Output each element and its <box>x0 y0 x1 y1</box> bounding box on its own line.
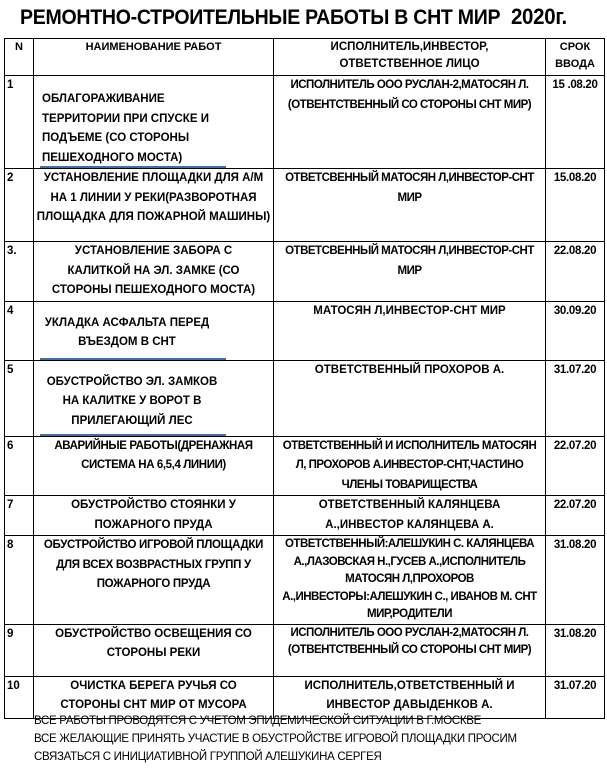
row-name-text: УКЛАДКА АСФАЛЬТА ПЕРЕД ВЪЕЗДОМ В СНТ <box>42 314 212 353</box>
title-year: 2020г. <box>511 4 567 29</box>
row-executor: ОТВЕТСВЕННЫЙ МАТОСЯН Л,ИНВЕСТОР-СНТ МИР <box>274 169 546 242</box>
row-number: 1 <box>5 76 34 169</box>
header-name: НАИМЕНОВАНИЕ РАБОТ <box>34 39 274 76</box>
table-row: 4 УКЛАДКА АСФАЛЬТА ПЕРЕД ВЪЕЗДОМ В СНТ М… <box>5 301 605 360</box>
row-number: 5 <box>5 360 34 436</box>
title-text: РЕМОНТНО-СТРОИТЕЛЬНЫЕ РАБОТЫ В СНТ МИР <box>20 6 500 29</box>
document-title: РЕМОНТНО-СТРОИТЕЛЬНЫЕ РАБОТЫ В СНТ МИР 2… <box>20 4 567 30</box>
row-number: 4 <box>5 301 34 360</box>
row-executor: ОТВЕТСТВЕННЫЙ ПРОХОРОВ А. <box>274 360 546 436</box>
footnote-contact: СВЯЗАТЬСЯ С ИНИЦИАТИВНОЙ ГРУППОЙ АЛЕШУКИ… <box>34 748 381 766</box>
row-executor: ОТВЕТСТВЕННЫЙ КАЛЯНЦЕВА А.,ИНВЕСТОР КАЛЯ… <box>274 496 546 536</box>
row-number: 9 <box>5 624 34 676</box>
row-deadline: 22.07.20 <box>546 496 605 536</box>
row-name: ОБУСТРОЙСТВО ЭЛ. ЗАМКОВ НА КАЛИТКЕ У ВОР… <box>34 360 274 436</box>
row-name-text: ОБУСТРОЙСТВО ЭЛ. ЗАМКОВ НА КАЛИТКЕ У ВОР… <box>42 373 222 432</box>
table-row: 5 ОБУСТРОЙСТВО ЭЛ. ЗАМКОВ НА КАЛИТКЕ У В… <box>5 360 605 436</box>
row-name: УСТАНОВЛЕНИЕ ПЛОЩАДКИ ДЛЯ А/М НА 1 ЛИНИИ… <box>34 169 274 242</box>
row-executor: ОТВЕТСТВЕННЫЙ И ИСПОЛНИТЕЛЬ МАТОСЯН Л, П… <box>274 436 546 496</box>
table-header-row: N НАИМЕНОВАНИЕ РАБОТ ИСПОЛНИТЕЛЬ,ИНВЕСТО… <box>5 39 605 76</box>
row-name: ОБУСТРОЙСТВО СТОЯНКИ У ПОЖАРНОГО ПРУДА <box>34 496 274 536</box>
row-deadline: 31.08.20 <box>546 536 605 625</box>
row-number: 7 <box>5 496 34 536</box>
row-number: 3. <box>5 242 34 302</box>
footnote-participation: ВСЕ ЖЕЛАЮЩИЕ ПРИНЯТЬ УЧАСТИЕ В ОБУСТРОЙС… <box>34 730 517 748</box>
row-number: 6 <box>5 436 34 496</box>
footnote-epidemic: ВСЕ РАБОТЫ ПРОВОДЯТСЯ С УЧЕТОМ ЭПИДЕМИЧЕ… <box>34 712 481 730</box>
header-deadline: СРОК ВВОДА <box>546 39 605 76</box>
row-deadline: 22.08.20 <box>546 242 605 302</box>
table-row: 9 ОБУСТРОЙСТВО ОСВЕЩЕНИЯ СО СТОРОНЫ РЕКИ… <box>5 624 605 676</box>
row-name: ОБЛАГОРАЖИВАНИЕ ТЕРРИТОРИИ ПРИ СПУСКЕ И … <box>34 76 274 169</box>
works-table: N НАИМЕНОВАНИЕ РАБОТ ИСПОЛНИТЕЛЬ,ИНВЕСТО… <box>4 38 605 719</box>
row-number: 8 <box>5 536 34 625</box>
row-executor: МАТОСЯН Л,ИНВЕСТОР-СНТ МИР <box>274 301 546 360</box>
row-deadline: 15.08.20 <box>546 169 605 242</box>
row-deadline: 15 .08.20 <box>546 76 605 169</box>
row-name: ОБУСТРОЙСТВО ИГРОВОЙ ПЛОЩАДКИ ДЛЯ ВСЕХ В… <box>34 536 274 625</box>
row-executor: ИСПОЛНИТЕЛЬ ООО РУСЛАН-2,МАТОСЯН Л.(ОТВЕ… <box>274 76 546 169</box>
row-name: АВАРИЙНЫЕ РАБОТЫ(ДРЕНАЖНАЯ СИСТЕМА НА 6,… <box>34 436 274 496</box>
row-name-text: ОБЛАГОРАЖИВАНИЕ ТЕРРИТОРИИ ПРИ СПУСКЕ И … <box>42 90 227 168</box>
row-deadline: 31.07.20 <box>546 676 605 718</box>
table-row: 7 ОБУСТРОЙСТВО СТОЯНКИ У ПОЖАРНОГО ПРУДА… <box>5 496 605 536</box>
table-row: 3. УСТАНОВЛЕНИЕ ЗАБОРА С КАЛИТКОЙ НА ЭЛ.… <box>5 242 605 302</box>
row-executor: ОТВЕТСВЕННЫЙ МАТОСЯН Л,ИНВЕСТОР-СНТ МИР <box>274 242 546 302</box>
row-number: 10 <box>5 676 34 718</box>
row-executor: ИСПОЛНИТЕЛЬ ООО РУСЛАН-2,МАТОСЯН Л.(ОТВЕ… <box>274 624 546 676</box>
table-row: 6 АВАРИЙНЫЕ РАБОТЫ(ДРЕНАЖНАЯ СИСТЕМА НА … <box>5 436 605 496</box>
row-executor: ОТВЕТСТВЕННЫЙ:АЛЕШУКИН С. КАЛЯНЦЕВА А.,Л… <box>274 536 546 625</box>
row-deadline: 31.08.20 <box>546 624 605 676</box>
header-executor: ИСПОЛНИТЕЛЬ,ИНВЕСТОР, ОТВЕТСТВЕННОЕ ЛИЦО <box>274 39 546 76</box>
table-row: 1 ОБЛАГОРАЖИВАНИЕ ТЕРРИТОРИИ ПРИ СПУСКЕ … <box>5 76 605 169</box>
table-row: 2 УСТАНОВЛЕНИЕ ПЛОЩАДКИ ДЛЯ А/М НА 1 ЛИН… <box>5 169 605 242</box>
table-row: 8 ОБУСТРОЙСТВО ИГРОВОЙ ПЛОЩАДКИ ДЛЯ ВСЕХ… <box>5 536 605 625</box>
row-name: ОБУСТРОЙСТВО ОСВЕЩЕНИЯ СО СТОРОНЫ РЕКИ <box>34 624 274 676</box>
header-n: N <box>5 39 34 76</box>
row-deadline: 22.07.20 <box>546 436 605 496</box>
row-deadline: 30.09.20 <box>546 301 605 360</box>
row-name: УКЛАДКА АСФАЛЬТА ПЕРЕД ВЪЕЗДОМ В СНТ <box>34 301 274 360</box>
row-number: 2 <box>5 169 34 242</box>
row-name: УСТАНОВЛЕНИЕ ЗАБОРА С КАЛИТКОЙ НА ЭЛ. ЗА… <box>34 242 274 302</box>
row-deadline: 31.07.20 <box>546 360 605 436</box>
